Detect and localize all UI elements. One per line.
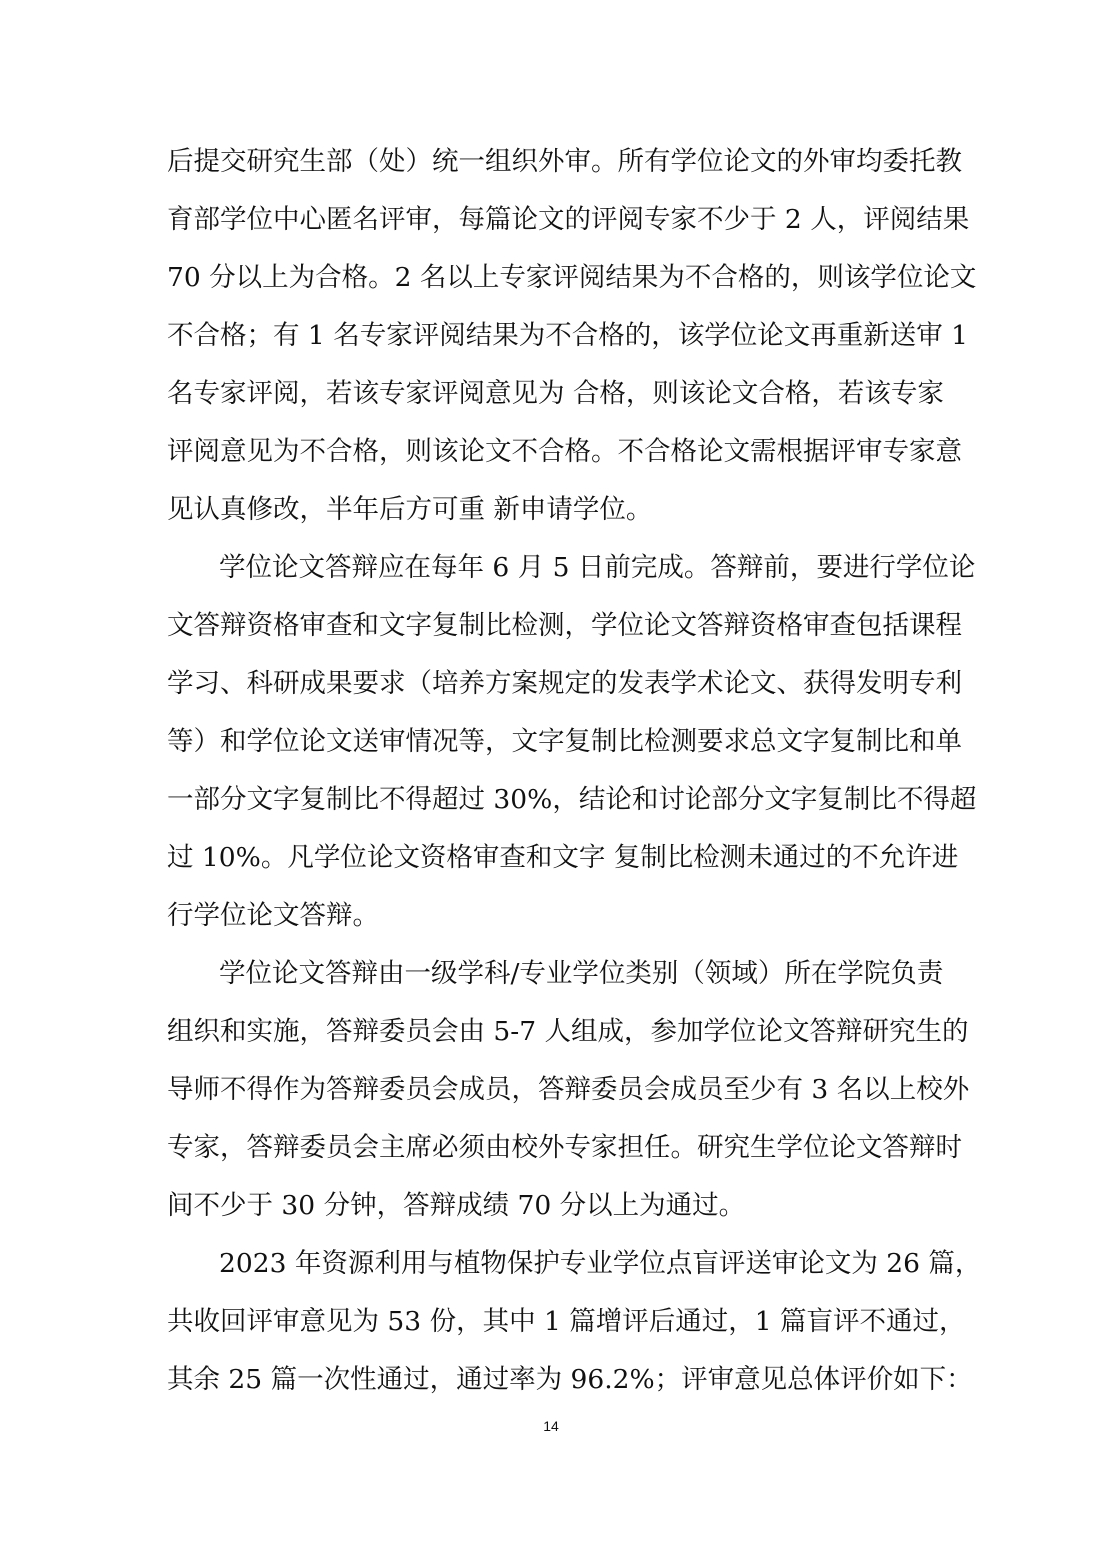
text-line: 共收回评审意见为 53 份，其中 1 篇增评后通过，1 篇盲评不通过， — [167, 1302, 935, 1342]
text-line: 学位论文答辩由一级学科/专业学位类别（领域）所在学院负责 — [219, 954, 935, 994]
text-line: 名专家评阅，若该专家评阅意见为 合格，则该论文合格，若该专家 — [167, 374, 935, 414]
text-line: 其余 25 篇一次性通过，通过率为 96.2%；评审意见总体评价如下： — [167, 1360, 935, 1400]
text-line: 一部分文字复制比不得超过 30%，结论和讨论部分文字复制比不得超 — [167, 780, 935, 820]
text-line: 组织和实施，答辩委员会由 5-7 人组成，参加学位论文答辩研究生的 — [167, 1012, 935, 1052]
text-line: 评阅意见为不合格，则该论文不合格。不合格论文需根据评审专家意 — [167, 432, 935, 472]
text-line: 等）和学位论文送审情况等，文字复制比检测要求总文字复制比和单 — [167, 722, 935, 762]
text-line: 过 10%。凡学位论文资格审查和文字 复制比检测未通过的不允许进 — [167, 838, 935, 878]
text-line: 70 分以上为合格。2 名以上专家评阅结果为不合格的，则该学位论文 — [167, 258, 935, 298]
text-line: 2023 年资源利用与植物保护专业学位点盲评送审论文为 26 篇， — [219, 1244, 935, 1284]
text-line: 行学位论文答辩。 — [167, 896, 935, 936]
text-line: 见认真修改，半年后方可重 新申请学位。 — [167, 490, 935, 530]
text-line: 育部学位中心匿名评审，每篇论文的评阅专家不少于 2 人，评阅结果 — [167, 200, 935, 240]
text-line: 专家，答辩委员会主席必须由校外专家担任。研究生学位论文答辩时 — [167, 1128, 935, 1168]
text-line: 间不少于 30 分钟，答辩成绩 70 分以上为通过。 — [167, 1186, 935, 1226]
text-line: 学习、科研成果要求（培养方案规定的发表学术论文、获得发明专利 — [167, 664, 935, 704]
text-line: 后提交研究生部（处）统一组织外审。所有学位论文的外审均委托教 — [167, 142, 935, 182]
page-number: 14 — [0, 1416, 1102, 1436]
text-line: 文答辩资格审查和文字复制比检测，学位论文答辩资格审查包括课程 — [167, 606, 935, 646]
text-line: 导师不得作为答辩委员会成员，答辩委员会成员至少有 3 名以上校外 — [167, 1070, 935, 1110]
text-line: 不合格；有 1 名专家评阅结果为不合格的，该学位论文再重新送审 1 — [167, 316, 935, 356]
text-line: 学位论文答辩应在每年 6 月 5 日前完成。答辩前，要进行学位论 — [219, 548, 935, 588]
document-page: 后提交研究生部（处）统一组织外审。所有学位论文的外审均委托教 育部学位中心匿名评… — [0, 0, 1102, 1559]
